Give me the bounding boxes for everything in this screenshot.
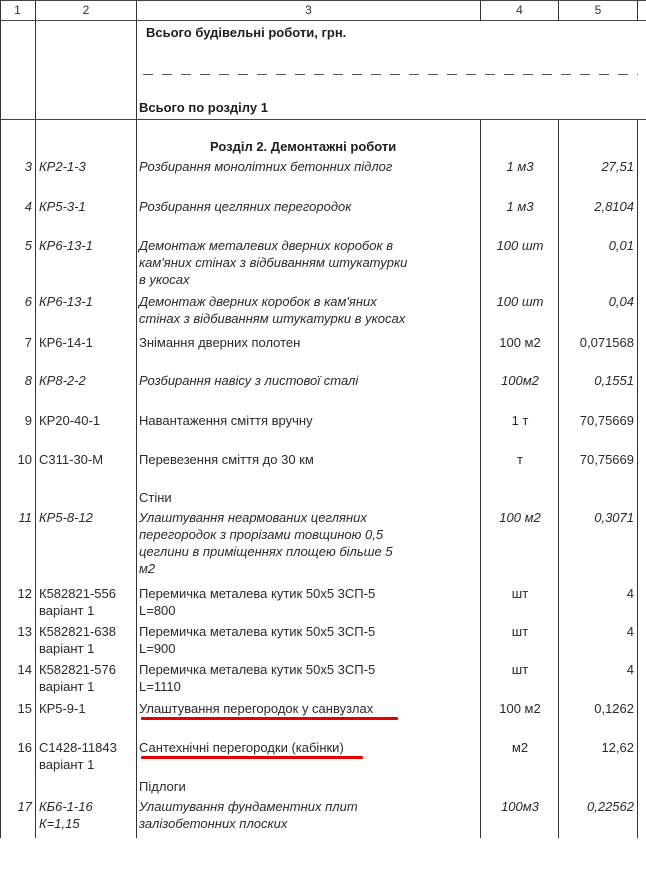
row-unit: 100 шт: [482, 293, 558, 310]
row-description: Перемичка металева кутик 50х5 3СП-5L=900: [139, 623, 469, 657]
row-description: Улаштування неармованих цеглянихперегоро…: [139, 509, 469, 577]
row-number: 14: [2, 661, 32, 678]
row-description: Навантаження сміття вручну: [139, 412, 469, 429]
row-unit: 100 м2: [482, 334, 558, 351]
row-description: Перемичка металева кутик 50х5 3СП-5L=111…: [139, 661, 469, 695]
column-header-3: 3: [137, 1, 480, 19]
row-number: 13: [2, 623, 32, 640]
column-divider-4: [558, 120, 559, 838]
column-header-4: 4: [481, 1, 558, 19]
row-description: Перемичка металева кутик 50х5 3СП-5L=800: [139, 585, 469, 619]
estimate-page: 1 2 3 4 5 Всього будівельні роботи, грн.…: [0, 0, 646, 887]
row-unit: 100м2: [482, 372, 558, 389]
row-unit: 1 т: [482, 412, 558, 429]
row-number: 10: [2, 451, 32, 468]
row-quantity: 4: [560, 585, 634, 602]
red-underline-annotation: [141, 756, 363, 759]
table-border-left: [0, 0, 1, 838]
column-divider-2: [136, 0, 137, 838]
column-divider-3: [480, 120, 481, 838]
table-border-right: [637, 120, 638, 838]
row-unit: 1 м3: [482, 198, 558, 215]
row-unit: шт: [482, 585, 558, 602]
row-unit: 100 м2: [482, 509, 558, 526]
column-header-1: 1: [0, 1, 35, 19]
row-number: 11: [2, 509, 32, 526]
row-code: К582821-556варіант 1: [39, 585, 135, 619]
section-title: Розділ 2. Демонтажні роботи: [210, 138, 396, 155]
row-code: К582821-638варіант 1: [39, 623, 135, 657]
row-quantity: 0,071568: [560, 334, 634, 351]
row-quantity: 70,75669: [560, 451, 634, 468]
row-code: КР6-14-1: [39, 334, 135, 351]
row-unit: шт: [482, 661, 558, 678]
row-number: 8: [2, 372, 32, 389]
row-description: Демонтаж дверних коробок в кам'янихстіна…: [139, 293, 469, 327]
red-underline-annotation: [141, 717, 398, 720]
row-quantity: 70,75669: [560, 412, 634, 429]
row-unit: т: [482, 451, 558, 468]
dashed-separator: [143, 74, 638, 75]
row-description: Перевезення сміття до 30 км: [139, 451, 469, 468]
section-total-label: Всього по розділу 1: [139, 99, 268, 116]
row-code: КР8-2-2: [39, 372, 135, 389]
row-number: 5: [2, 237, 32, 254]
row-number: 17: [2, 798, 32, 815]
row-code: С1428-11843варіант 1: [39, 739, 135, 773]
row-description: Знімання дверних полотен: [139, 334, 469, 351]
row-subheading: Стіни: [139, 489, 469, 506]
row-code: КР2-1-3: [39, 158, 135, 175]
row-code: КБ6-1-16К=1,15: [39, 798, 135, 832]
row-description: Демонтаж металевих дверних коробок вкам'…: [139, 237, 469, 288]
row-number: 16: [2, 739, 32, 756]
row-unit: шт: [482, 623, 558, 640]
row-code: С311-30-М: [39, 451, 135, 468]
row-description: Сантехнічні перегородки (кабінки): [139, 739, 469, 756]
row-subheading: Підлоги: [139, 778, 469, 795]
row-quantity: 0,1262: [560, 700, 634, 717]
row-number: 7: [2, 334, 32, 351]
row-code: КР5-3-1: [39, 198, 135, 215]
row-quantity: 0,3071: [560, 509, 634, 526]
totals-bottom-line: [0, 119, 646, 120]
column-header-2: 2: [36, 1, 136, 19]
row-unit: 100 м2: [482, 700, 558, 717]
row-number: 3: [2, 158, 32, 175]
row-quantity: 0,1551: [560, 372, 634, 389]
column-header-5: 5: [559, 1, 637, 19]
row-quantity: 0,22562: [560, 798, 634, 815]
row-code: КР20-40-1: [39, 412, 135, 429]
column-divider-1: [35, 0, 36, 838]
row-unit: м2: [482, 739, 558, 756]
row-quantity: 12,62: [560, 739, 634, 756]
row-number: 6: [2, 293, 32, 310]
row-quantity: 2,8104: [560, 198, 634, 215]
header-bottom-line: [0, 20, 646, 21]
row-quantity: 4: [560, 623, 634, 640]
row-quantity: 0,01: [560, 237, 634, 254]
row-unit: 100м3: [482, 798, 558, 815]
row-unit: 1 м3: [482, 158, 558, 175]
row-quantity: 27,51: [560, 158, 634, 175]
row-description: Улаштування перегородок у санвузлах: [139, 700, 469, 717]
row-code: КР5-8-12: [39, 509, 135, 526]
row-unit: 100 шт: [482, 237, 558, 254]
row-description: Розбирання навісу з листової сталі: [139, 372, 469, 389]
row-number: 4: [2, 198, 32, 215]
row-description: Улаштування фундаментних плитзалізобетон…: [139, 798, 469, 832]
construction-total-label: Всього будівельні роботи, грн.: [146, 24, 346, 41]
row-code: КР5-9-1: [39, 700, 135, 717]
column-divider-5-header: [637, 0, 638, 20]
row-code: К582821-576варіант 1: [39, 661, 135, 695]
row-number: 15: [2, 700, 32, 717]
row-code: КР6-13-1: [39, 237, 135, 254]
row-code: КР6-13-1: [39, 293, 135, 310]
row-quantity: 4: [560, 661, 634, 678]
row-quantity: 0,04: [560, 293, 634, 310]
row-number: 9: [2, 412, 32, 429]
row-description: Розбирання монолітних бетонних підлог: [139, 158, 469, 175]
row-description: Розбирання цегляних перегородок: [139, 198, 469, 215]
row-number: 12: [2, 585, 32, 602]
